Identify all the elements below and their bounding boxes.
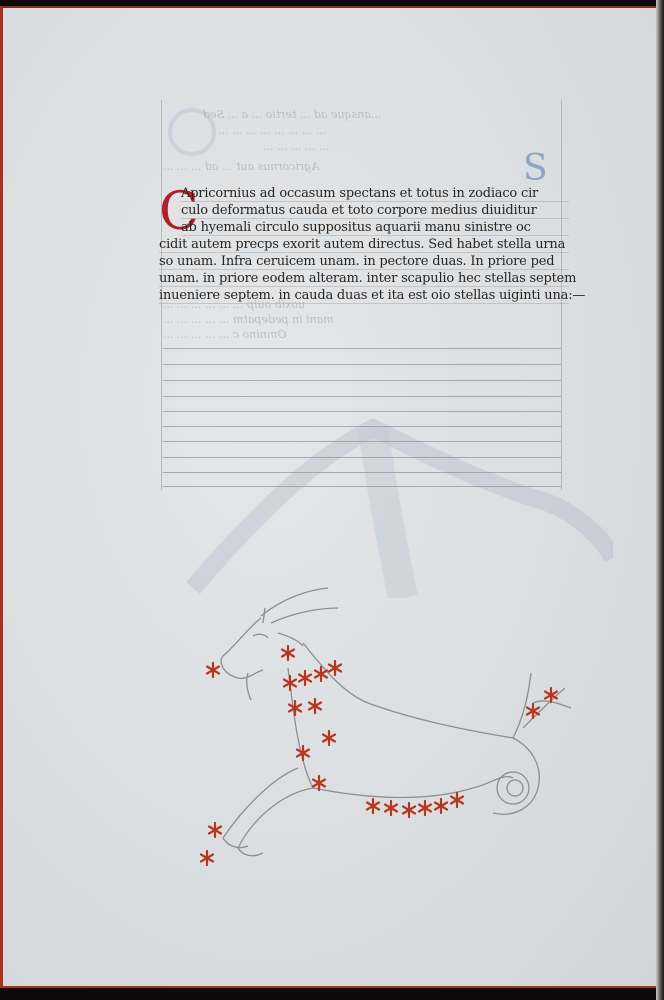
text-line: culo deformatus cauda et toto corpore me… xyxy=(181,203,569,219)
ruled-line xyxy=(163,396,561,397)
text-line: ab hyemali circulo suppositus aquarii ma… xyxy=(181,220,569,236)
text-line: cidit autem precps exorit autem directus… xyxy=(159,237,569,253)
show-through-line: mani in pedepatm ... ... ... ... ... xyxy=(163,313,334,326)
ruled-line xyxy=(163,348,561,349)
ghost-figure-show-through xyxy=(173,398,613,598)
text-line: Apricornius ad occasum spectans et totus… xyxy=(181,186,569,202)
text-line: unam. in priore eodem alteram. inter sca… xyxy=(159,271,569,287)
ghost-letter-s: S xyxy=(523,148,548,189)
show-through-line: Omnino c ... ... ... ... ... xyxy=(163,328,286,341)
show-through-line: uoxib ouip ... ... ... ... ... ... xyxy=(163,298,305,311)
manuscript-page: ...ansque ad ... tertio ... a ... Sed ..… xyxy=(0,6,656,988)
ruled-line xyxy=(163,364,561,365)
text-line: so unam. Infra ceruicem unam. in pectore… xyxy=(159,254,569,270)
capricorn-illustration xyxy=(193,578,573,868)
show-through-line: ...ansque ad ... tertio ... a ... Sed xyxy=(203,108,381,121)
show-through-line: ... ... ... ... ... ... ... ... xyxy=(218,124,326,137)
page-edge xyxy=(656,0,664,1000)
show-through-line: Agricornus aut ... ad ... ... ... xyxy=(163,160,319,173)
show-through-line: ... ... ... ... ... xyxy=(263,140,329,153)
ruled-line xyxy=(163,380,561,381)
